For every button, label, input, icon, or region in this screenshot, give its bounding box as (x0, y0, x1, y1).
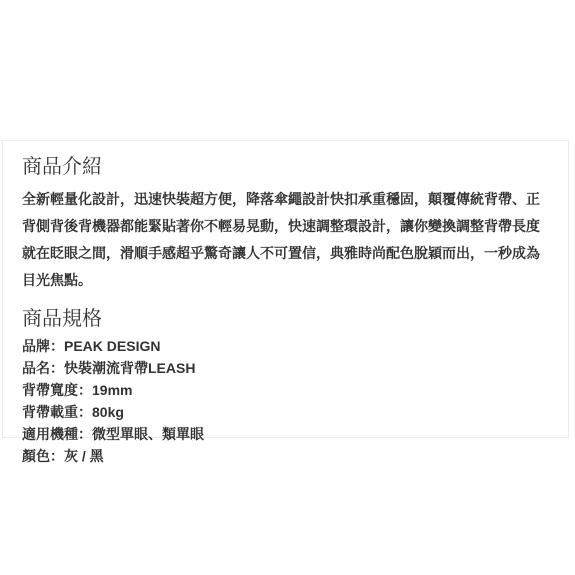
intro-section-heading: 商品介紹 (22, 154, 549, 180)
spec-row-product-name: 品名：快裝潮流背帶LEASH (22, 357, 549, 379)
spec-row-brand: 品牌：PEAK DESIGN (22, 335, 549, 357)
specs-section-heading: 商品規格 (22, 306, 549, 332)
spec-list: 品牌：PEAK DESIGN 品名：快裝潮流背帶LEASH 背帶寬度：19mm … (22, 335, 549, 467)
spec-row-strap-width: 背帶寬度：19mm (22, 379, 549, 401)
product-detail-card: 商品介紹 全新輕量化設計，迅速快裝超方便，降落傘繩設計快扣承重穩固，顛覆傳統背帶… (2, 140, 569, 438)
spec-row-compatible-cameras: 適用機種：微型單眼、類單眼 (22, 423, 549, 445)
page-background: 商品介紹 全新輕量化設計，迅速快裝超方便，降落傘繩設計快扣承重穩固，顛覆傳統背帶… (0, 0, 575, 575)
spec-row-strap-load: 背帶載重：80kg (22, 401, 549, 423)
spec-row-color: 顏色：灰 / 黑 (22, 445, 549, 467)
intro-paragraph: 全新輕量化設計，迅速快裝超方便，降落傘繩設計快扣承重穩固，顛覆傳統背帶、正背側背… (22, 186, 549, 294)
